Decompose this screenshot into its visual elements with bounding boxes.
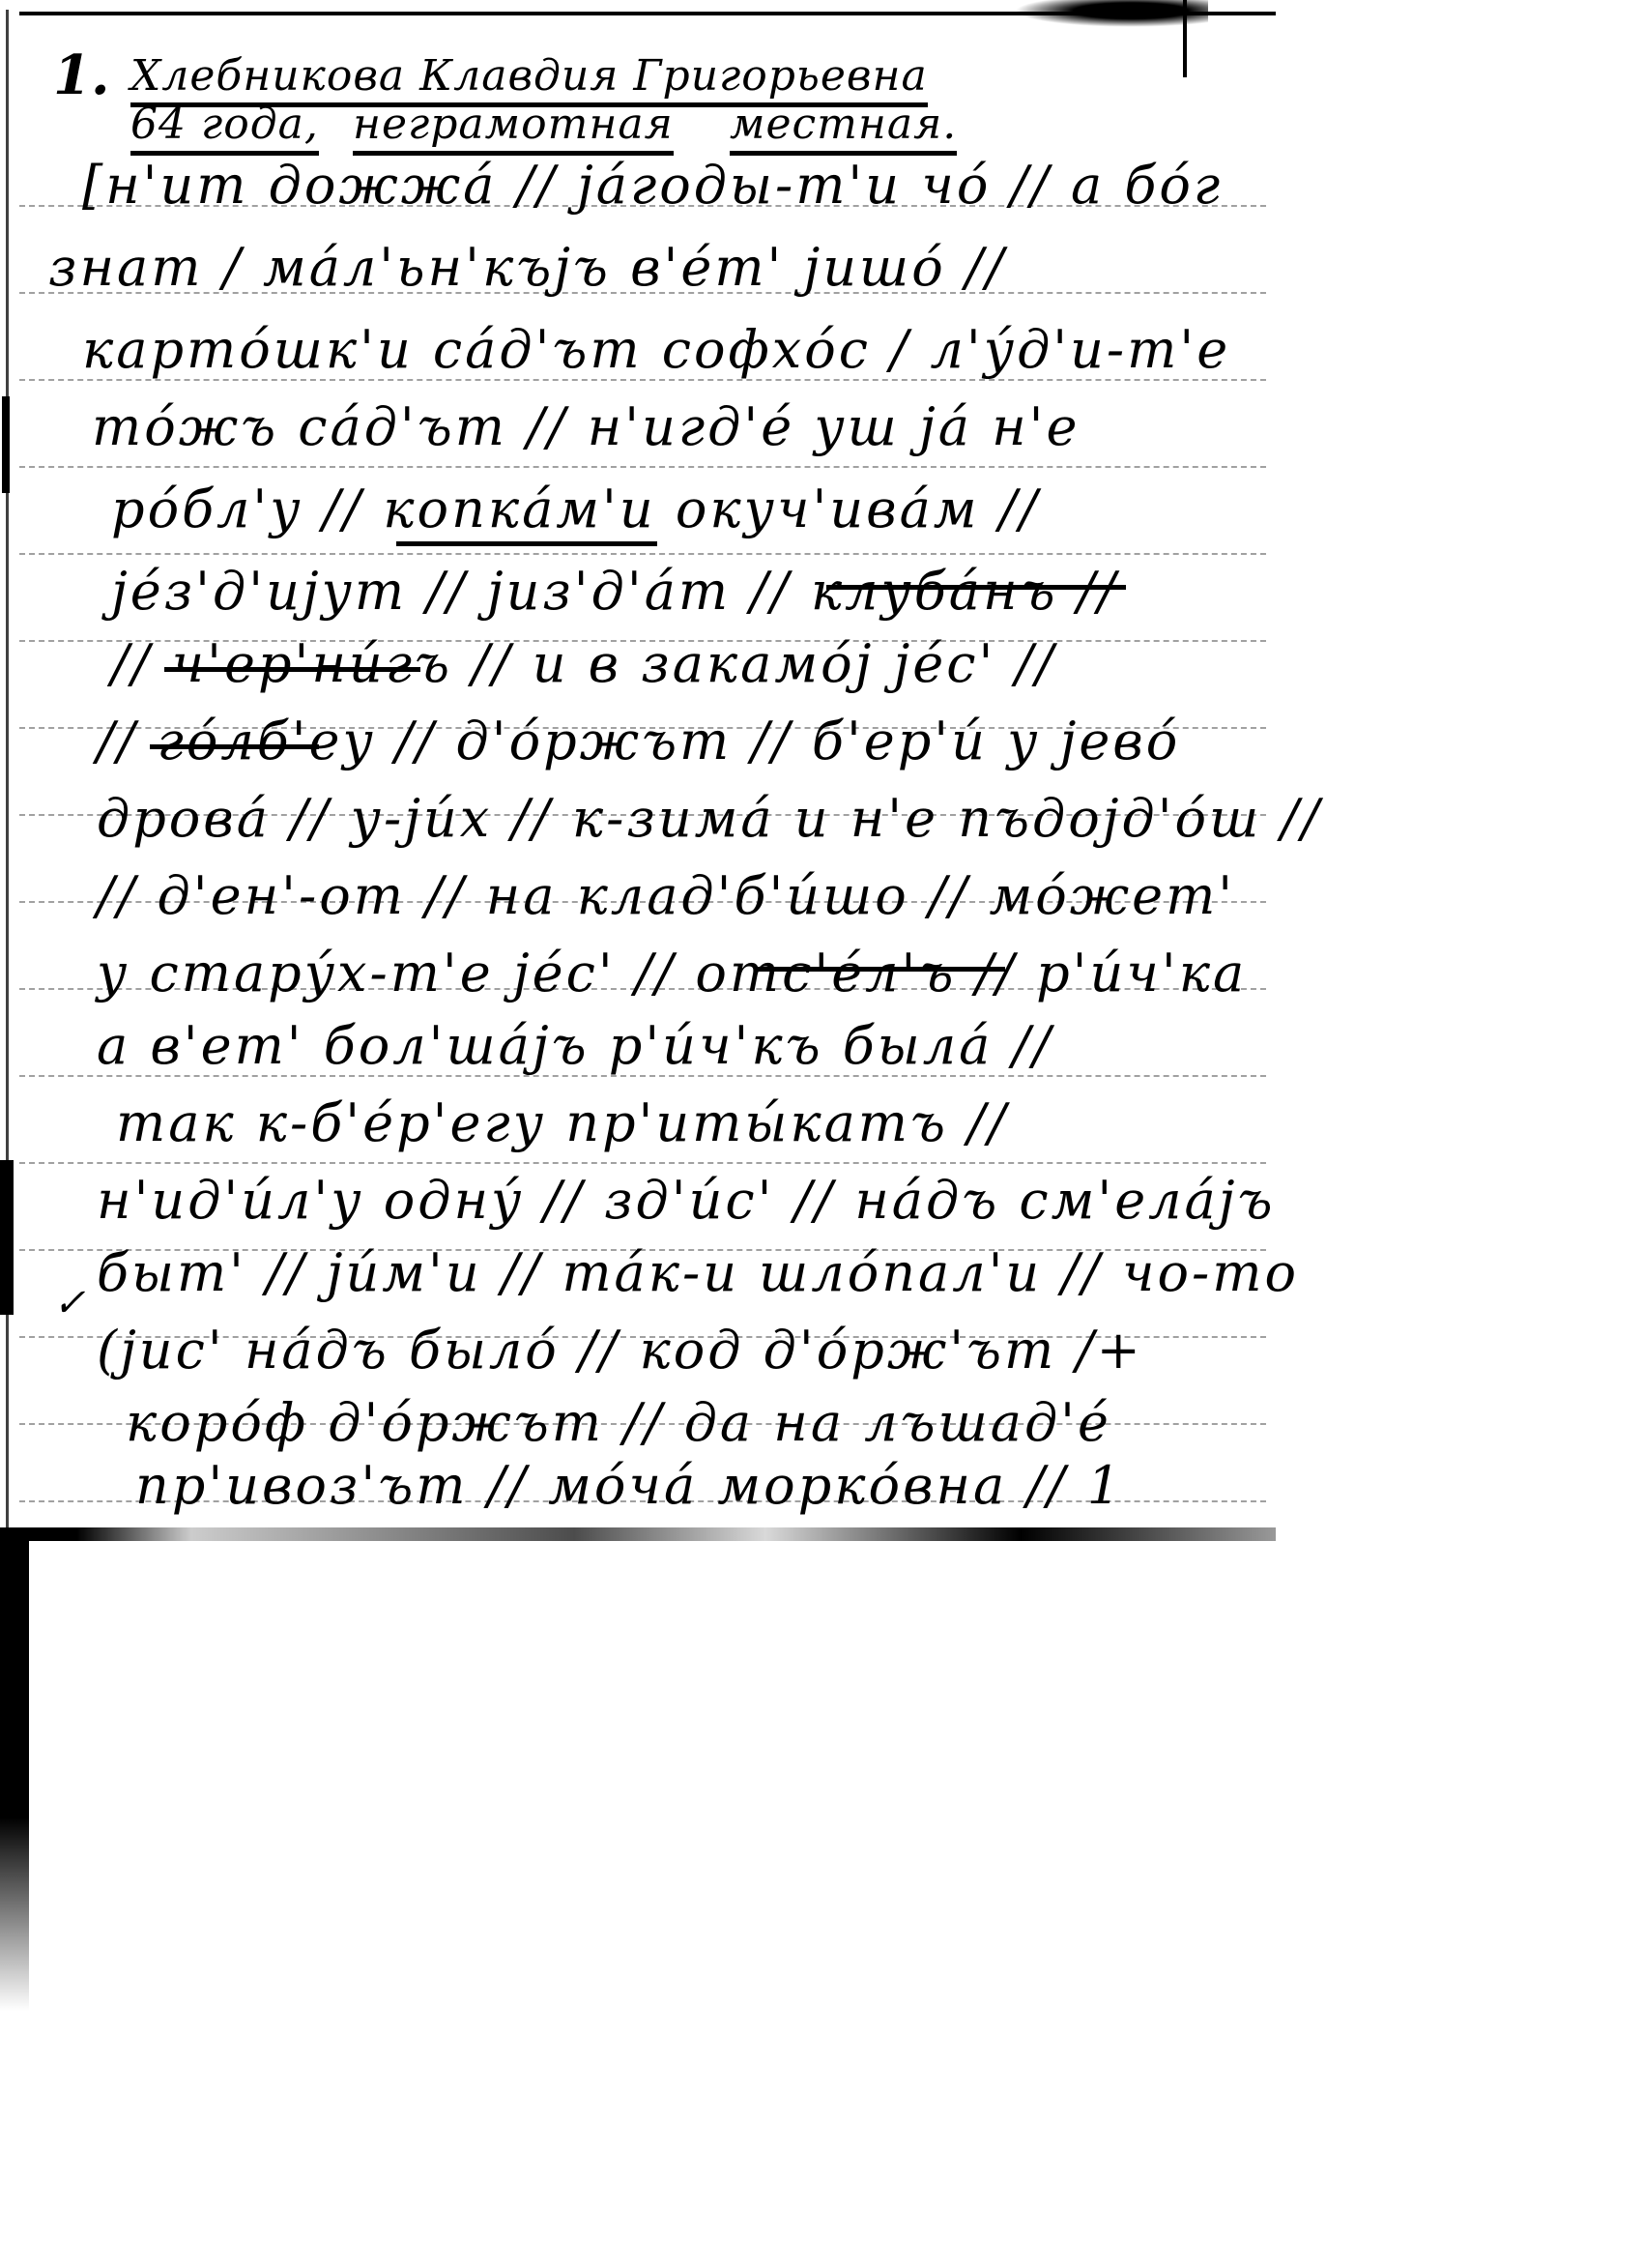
transcript-line: карто́шк'и са́д'ът софхо́с / л'у́д'и-т'е bbox=[82, 324, 1230, 376]
speaker-age: 64 года, bbox=[130, 100, 319, 156]
transcript-line: [н'ит дожжа́ // ја́годы-т'и чо́ // а бо́… bbox=[82, 160, 1223, 212]
ruled-line bbox=[19, 553, 1266, 555]
transcript-line: у стару́х-т'е је́с' // отс'е́л'ъ // р'и́… bbox=[97, 947, 1247, 1000]
transcript-line: то́жъ са́д'ът // н'игд'е́ уш ја́ н'е bbox=[92, 401, 1080, 453]
transcript-line: пр'ивоз'ът // мо́ча́ морко́вна // 1 bbox=[135, 1460, 1123, 1512]
ruled-line bbox=[19, 466, 1266, 468]
ink-smudge bbox=[1015, 0, 1208, 27]
transcript-line: а в'ет' бол'ша́јъ р'и́ч'къ была́ // bbox=[97, 1020, 1053, 1072]
scanned-page: 1. Хлебникова Клавдия Григорьевна 64 год… bbox=[0, 0, 1643, 2268]
transcript-line: ро́бл'у // копка́м'и окуч'ива́м // bbox=[111, 483, 1040, 536]
transcript-line: је́з'д'ијут // јиз'д'а́т // клуба́нъ // bbox=[111, 566, 1118, 618]
binding-mark bbox=[2, 396, 10, 493]
scan-shadow bbox=[0, 1527, 29, 2011]
transcript-line: н'ид'и́л'у одну́ // зд'и́с' // на́дъ см'… bbox=[97, 1175, 1275, 1227]
transcript-line: быт' // ји́м'и // та́к-и шло́пал'и // чо… bbox=[97, 1247, 1299, 1299]
word-underline bbox=[754, 967, 1005, 972]
word-underline bbox=[150, 744, 319, 749]
sheet-bottom-edge bbox=[0, 1527, 1276, 1541]
word-underline bbox=[826, 585, 1126, 590]
transcript-line: (јис' на́дъ было́ // код д'о́рж'ът /+ bbox=[97, 1324, 1143, 1377]
check-mark: ✓ bbox=[53, 1281, 86, 1325]
transcript-line: знат / ма́л'ьн'къјъ в'е́т' јишо́ // bbox=[48, 242, 1006, 294]
transcript-line: // ч'ер'ни́гъ // и в закамо́ј је́с' // bbox=[111, 638, 1056, 690]
word-underline bbox=[396, 541, 657, 546]
speaker-literacy: неграмотная bbox=[353, 100, 674, 156]
transcript-line: // го́лб'еу // д'о́ржът // б'ер'и́ у јев… bbox=[97, 715, 1180, 768]
sheet-right-edge bbox=[1183, 0, 1187, 77]
binding-mark bbox=[0, 1160, 14, 1315]
entry-number: 1. bbox=[53, 44, 109, 107]
transcript-line: так к-б'е́р'егу пр'иты́катъ // bbox=[116, 1097, 1009, 1149]
transcript-line: коро́ф д'о́ржът // да на лъшад'е́ bbox=[126, 1397, 1111, 1449]
transcript-line: // д'ен'-от // на клад'б'и́шо // мо́жет' bbox=[97, 870, 1235, 922]
ruled-line bbox=[19, 1162, 1266, 1164]
transcript-line: дрова́ // у-ји́х // к-зима́ и н'е пъдојд… bbox=[97, 793, 1322, 845]
speaker-origin: местная. bbox=[730, 100, 957, 156]
word-underline bbox=[164, 667, 420, 672]
